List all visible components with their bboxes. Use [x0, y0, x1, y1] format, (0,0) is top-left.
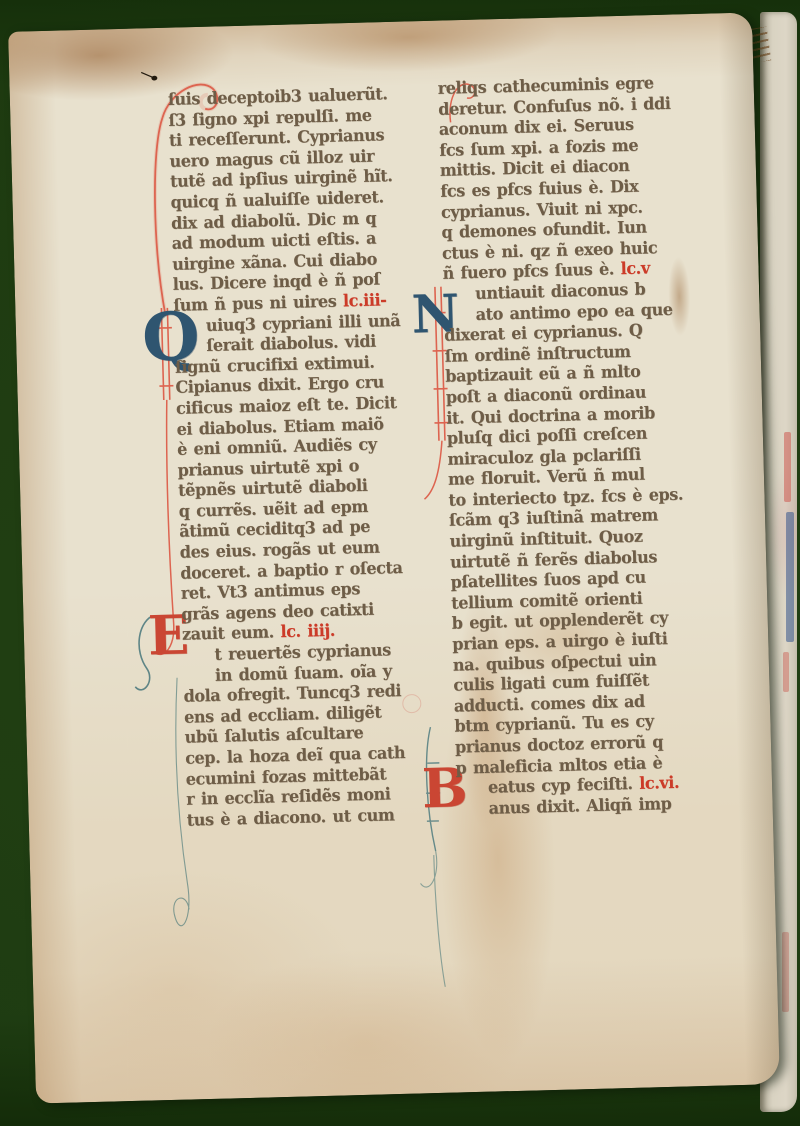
lectio-rubric: lc.v — [614, 258, 650, 279]
lectio-rubric: lc.vi. — [632, 772, 679, 793]
parchment-page: Q E N B ſuis deceptoib3 ualuerũt.ſ3 ſign… — [8, 12, 780, 1103]
lectio-rubric: lc.iii- — [336, 290, 387, 311]
edge-red-mark — [784, 432, 791, 502]
edge-blue-mark — [786, 512, 794, 642]
text-ink: ſum ñ pus ni uires — [173, 291, 336, 315]
text-ink: zauit eum. — [182, 622, 274, 644]
text-ink: untiauit diaconus b — [475, 279, 646, 303]
left-text-column: ſuis deceptoib3 ualuerũt.ſ3 ſigno xpi re… — [168, 84, 414, 831]
manuscript-photo: Q E N B ſuis deceptoib3 ualuerũt.ſ3 ſign… — [0, 0, 800, 1126]
edge-red-mark — [783, 652, 789, 692]
text-ink: anus dixit. Aliqñ imp — [488, 793, 671, 818]
lectio-rubric: lc. iiij. — [274, 621, 336, 642]
text-ink: eatus cyp feciſti. — [488, 774, 633, 798]
right-text-column: reliqs cathecuminis egrederetur. Confuſu… — [437, 73, 691, 820]
edge-red-mark — [782, 932, 789, 1012]
